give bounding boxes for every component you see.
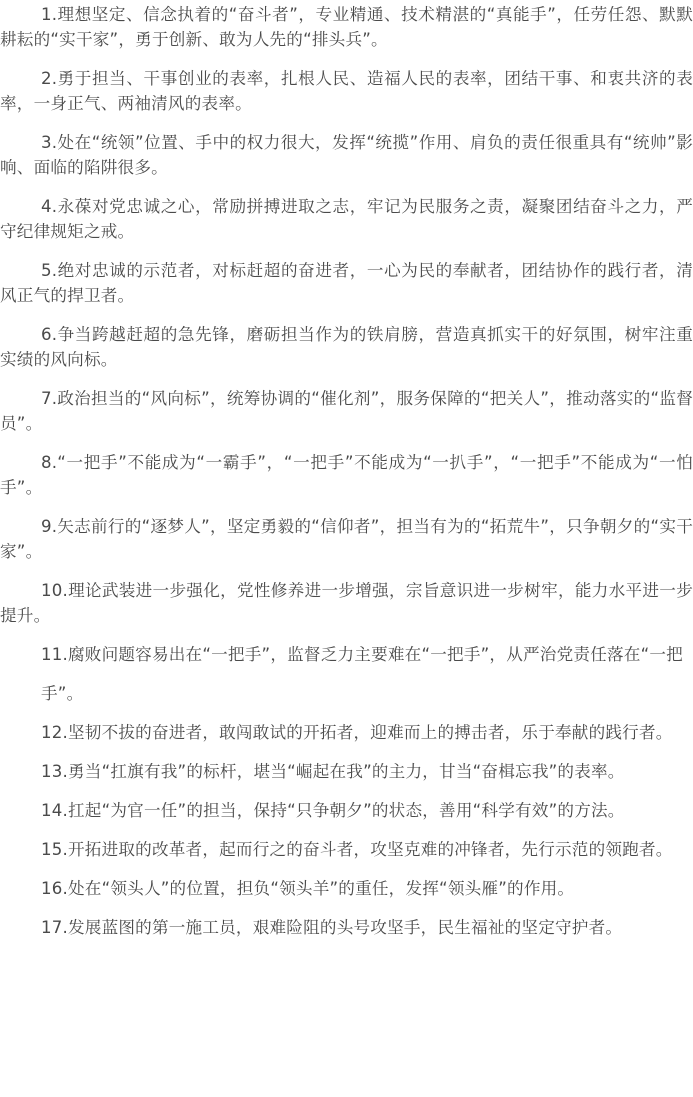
paragraph-8: 8.“一把手”不能成为“一霸手”，“一把手”不能成为“一扒手”，“一把手”不能成… — [0, 450, 693, 500]
paragraph-11-continuation: 手”。 — [0, 681, 693, 706]
paragraph-9: 9.矢志前行的“逐梦人”，坚定勇毅的“信仰者”，担当有为的“拓荒牛”，只争朝夕的… — [0, 514, 693, 564]
article-body: 1.理想坚定、信念执着的“奋斗者”，专业精通、技术精湛的“真能手”，任劳任怨、默… — [0, 0, 693, 940]
paragraph-12: 12.坚韧不拔的奋进者，敢闯敢试的开拓者，迎难而上的搏击者，乐于奉献的践行者。 — [0, 720, 693, 745]
paragraph-11: 11.腐败问题容易出在“一把手”，监督乏力主要难在“一把手”，从严治党责任落在“… — [0, 642, 693, 667]
paragraph-2: 2.勇于担当、干事创业的表率，扎根人民、造福人民的表率，团结干事、和衷共济的表率… — [0, 66, 693, 116]
paragraph-13: 13.勇当“扛旗有我”的标杆，堪当“崛起在我”的主力，甘当“奋楫忘我”的表率。 — [0, 759, 693, 784]
paragraph-10: 10.理论武装进一步强化，党性修养进一步增强，宗旨意识进一步树牢，能力水平进一步… — [0, 578, 693, 628]
paragraph-3: 3.处在“统领”位置、手中的权力很大，发挥“统揽”作用、肩负的责任很重具有“统帅… — [0, 130, 693, 180]
paragraph-7: 7.政治担当的“风向标”，统筹协调的“催化剂”，服务保障的“把关人”，推动落实的… — [0, 386, 693, 436]
paragraph-14: 14.扛起“为官一任”的担当，保持“只争朝夕”的状态，善用“科学有效”的方法。 — [0, 798, 693, 823]
paragraph-17: 17.发展蓝图的第一施工员，艰难险阻的头号攻坚手，民生福祉的坚定守护者。 — [0, 915, 693, 940]
paragraph-16: 16.处在“领头人”的位置，担负“领头羊”的重任，发挥“领头雁”的作用。 — [0, 876, 693, 901]
paragraph-4: 4.永葆对党忠诚之心，常励拼搏进取之志，牢记为民服务之责，凝聚团结奋斗之力，严守… — [0, 194, 693, 244]
paragraph-6: 6.争当跨越赶超的急先锋，磨砺担当作为的铁肩膀，营造真抓实干的好氛围，树牢注重实… — [0, 322, 693, 372]
paragraph-15: 15.开拓进取的改革者，起而行之的奋斗者，攻坚克难的冲锋者，先行示范的领跑者。 — [0, 837, 693, 862]
paragraph-1: 1.理想坚定、信念执着的“奋斗者”，专业精通、技术精湛的“真能手”，任劳任怨、默… — [0, 2, 693, 52]
paragraph-5: 5.绝对忠诚的示范者，对标赶超的奋进者，一心为民的奉献者，团结协作的践行者，清风… — [0, 258, 693, 308]
